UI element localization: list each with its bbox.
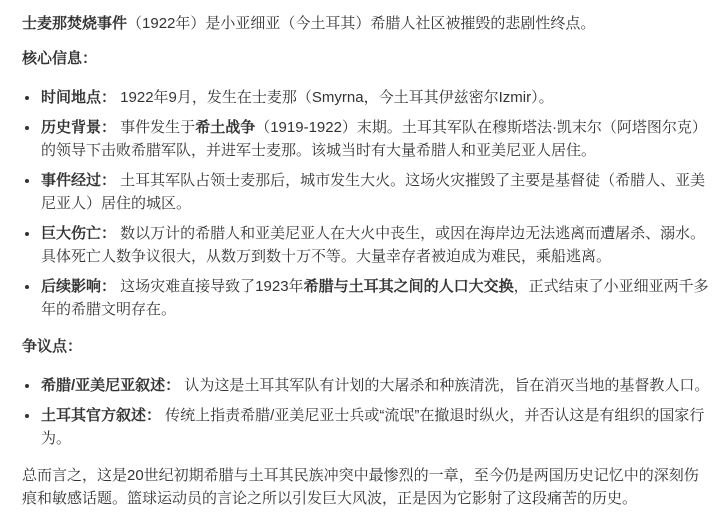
intro-paragraph: 士麦那焚烧事件（1922年）是小亚细亚（今土耳其）希腊人社区被摧毁的悲剧性终点。 xyxy=(22,12,710,35)
item-label: 历史背景： xyxy=(41,119,116,136)
dispute-heading: 争议点： xyxy=(22,335,710,358)
item-label: 事件经过： xyxy=(41,172,116,189)
dispute-list: 希腊/亚美尼亚叙述： 认为这是土耳其军队有计划的大屠杀和种族清洗，旨在消灭当地的… xyxy=(22,374,710,450)
item-text: 这场灾难直接导致了1923年 xyxy=(116,278,304,295)
list-item-aftermath: 后续影响： 这场灾难直接导致了1923年希腊与土耳其之间的人口大交换，正式结束了… xyxy=(40,275,710,321)
item-label: 时间地点： xyxy=(41,89,116,106)
item-label: 希腊/亚美尼亚叙述： xyxy=(41,377,180,394)
list-item-events: 事件经过： 土耳其军队占领士麦那后，城市发生大火。这场火灾摧毁了主要是基督徒（希… xyxy=(40,169,710,215)
item-label: 巨大伤亡： xyxy=(41,225,116,242)
item-text: 事件发生于 xyxy=(116,119,195,136)
list-item-background: 历史背景： 事件发生于希土战争（1919-1922）末期。土耳其军队在穆斯塔法·… xyxy=(40,116,710,162)
item-label: 后续影响： xyxy=(41,278,116,295)
list-item-turkish-official-narrative: 土耳其官方叙述： 传统上指责希腊/亚美尼亚士兵或“流氓”在撤退时纵火，并否认这是… xyxy=(40,404,710,450)
item-bold-text: 希腊与土耳其之间的人口大交换 xyxy=(304,278,514,295)
intro-lead-rest: （1922年）是小亚细亚（今土耳其）希腊人社区被摧毁的悲剧性终点。 xyxy=(127,15,595,32)
item-text: 数以万计的希腊人和亚美尼亚人在大火中丧生，或因在海岸边无法逃离而遭屠杀、溺水。具… xyxy=(41,225,705,265)
item-text: 认为这是土耳其军队有计划的大屠杀和种族清洗，旨在消灭当地的基督教人口。 xyxy=(180,377,709,394)
item-text: 1922年9月，发生在士麦那（Smyrna，今土耳其伊兹密尔Izmir）。 xyxy=(116,89,554,106)
document-page: { "page": { "background_color": "#ffffff… xyxy=(0,0,720,517)
list-item-time-place: 时间地点： 1922年9月，发生在士麦那（Smyrna，今土耳其伊兹密尔Izmi… xyxy=(40,86,710,109)
conclusion-paragraph: 总而言之，这是20世纪初期希腊与土耳其民族冲突中最惨烈的一章，至今仍是两国历史记… xyxy=(22,464,710,510)
item-bold-text: 希土战争 xyxy=(195,119,255,136)
intro-lead-bold: 士麦那焚烧事件 xyxy=(22,15,127,32)
item-label: 土耳其官方叙述： xyxy=(41,407,161,424)
core-info-list: 时间地点： 1922年9月，发生在士麦那（Smyrna，今土耳其伊兹密尔Izmi… xyxy=(22,86,710,321)
core-info-heading: 核心信息： xyxy=(22,47,710,70)
list-item-greek-armenian-narrative: 希腊/亚美尼亚叙述： 认为这是土耳其军队有计划的大屠杀和种族清洗，旨在消灭当地的… xyxy=(40,374,710,397)
list-item-casualties: 巨大伤亡： 数以万计的希腊人和亚美尼亚人在大火中丧生，或因在海岸边无法逃离而遭屠… xyxy=(40,222,710,268)
item-text: 土耳其军队占领士麦那后，城市发生大火。这场火灾摧毁了主要是基督徒（希腊人、亚美尼… xyxy=(41,172,705,212)
